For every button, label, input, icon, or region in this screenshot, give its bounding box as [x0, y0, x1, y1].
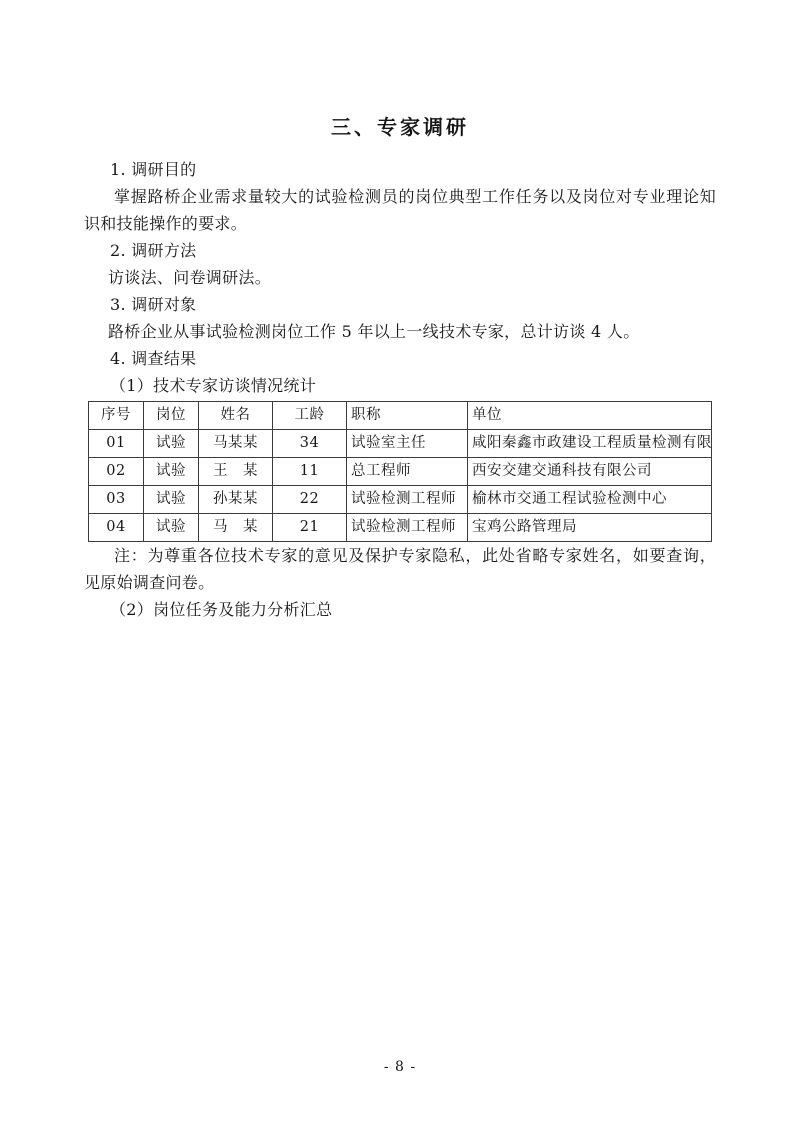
table-cell: 宝鸡公路管理局 — [468, 514, 712, 542]
table-cell: 02 — [89, 458, 144, 486]
table-cell: 试验 — [144, 458, 199, 486]
table-row: 03试验孙某某22试验检测工程师榆林市交通工程试验检测中心 — [89, 486, 712, 514]
table-cell: 马 某 — [199, 514, 273, 542]
table-cell: 试验检测工程师 — [347, 514, 468, 542]
document-body: 1. 调研目的 掌握路桥企业需求量较大的试验检测员的岗位典型工作任务以及岗位对专… — [84, 156, 716, 623]
document-page: 三、专家调研 1. 调研目的 掌握路桥企业需求量较大的试验检测员的岗位典型工作任… — [0, 0, 800, 1131]
table-cell: 西安交建交通科技有限公司 — [468, 458, 712, 486]
table-cell: 王 某 — [199, 458, 273, 486]
section-paragraph-1: 掌握路桥企业需求量较大的试验检测员的岗位典型工作任务以及岗位对专业理论知识和技能… — [84, 183, 716, 237]
subsection-heading-1: （1）技术专家访谈情况统计 — [84, 372, 716, 399]
table-cell: 榆林市交通工程试验检测中心 — [468, 486, 712, 514]
table-cell: 试验室主任 — [347, 430, 468, 458]
section-heading-2: 2. 调研方法 — [84, 237, 716, 264]
table-cell: 01 — [89, 430, 144, 458]
section-heading-4: 4. 调查结果 — [84, 345, 716, 372]
experts-table: 序号岗位姓名工龄职称单位01试验马某某34试验室主任咸阳秦鑫市政建设工程质量检测… — [88, 401, 712, 542]
table-cell: 咸阳秦鑫市政建设工程质量检测有限公司 — [468, 430, 712, 458]
table-header-row: 序号岗位姓名工龄职称单位 — [89, 402, 712, 430]
section-heading-1: 1. 调研目的 — [84, 156, 716, 183]
section-paragraph-2: 访谈法、问卷调研法。 — [84, 264, 716, 291]
section-heading-3: 3. 调研对象 — [84, 291, 716, 318]
subsection-heading-2: （2）岗位任务及能力分析汇总 — [84, 596, 716, 623]
table-row: 01试验马某某34试验室主任咸阳秦鑫市政建设工程质量检测有限公司 — [89, 430, 712, 458]
table-cell: 试验 — [144, 430, 199, 458]
table-cell: 03 — [89, 486, 144, 514]
table-cell: 11 — [273, 458, 347, 486]
table-header-cell: 单位 — [468, 402, 712, 430]
table-cell: 21 — [273, 514, 347, 542]
table-cell: 试验检测工程师 — [347, 486, 468, 514]
page-number: - 8 - — [0, 1059, 800, 1075]
table-row: 02试验王 某11总工程师西安交建交通科技有限公司 — [89, 458, 712, 486]
table-cell: 试验 — [144, 514, 199, 542]
table-cell: 22 — [273, 486, 347, 514]
table-header-cell: 工龄 — [273, 402, 347, 430]
table-row: 04试验马 某21试验检测工程师宝鸡公路管理局 — [89, 514, 712, 542]
table-cell: 04 — [89, 514, 144, 542]
table-cell: 34 — [273, 430, 347, 458]
table-cell: 孙某某 — [199, 486, 273, 514]
section-paragraph-3: 路桥企业从事试验检测岗位工作 5 年以上一线技术专家，总计访谈 4 人。 — [84, 318, 716, 345]
page-title: 三、专家调研 — [84, 114, 716, 140]
table-cell: 总工程师 — [347, 458, 468, 486]
experts-table-body: 序号岗位姓名工龄职称单位01试验马某某34试验室主任咸阳秦鑫市政建设工程质量检测… — [89, 402, 712, 542]
table-cell: 试验 — [144, 486, 199, 514]
table-header-cell: 序号 — [89, 402, 144, 430]
table-header-cell: 姓名 — [199, 402, 273, 430]
table-header-cell: 岗位 — [144, 402, 199, 430]
table-cell: 马某某 — [199, 430, 273, 458]
table-note: 注：为尊重各位技术专家的意见及保护专家隐私，此处省略专家姓名，如要查询，见原始调… — [84, 542, 716, 596]
table-header-cell: 职称 — [347, 402, 468, 430]
